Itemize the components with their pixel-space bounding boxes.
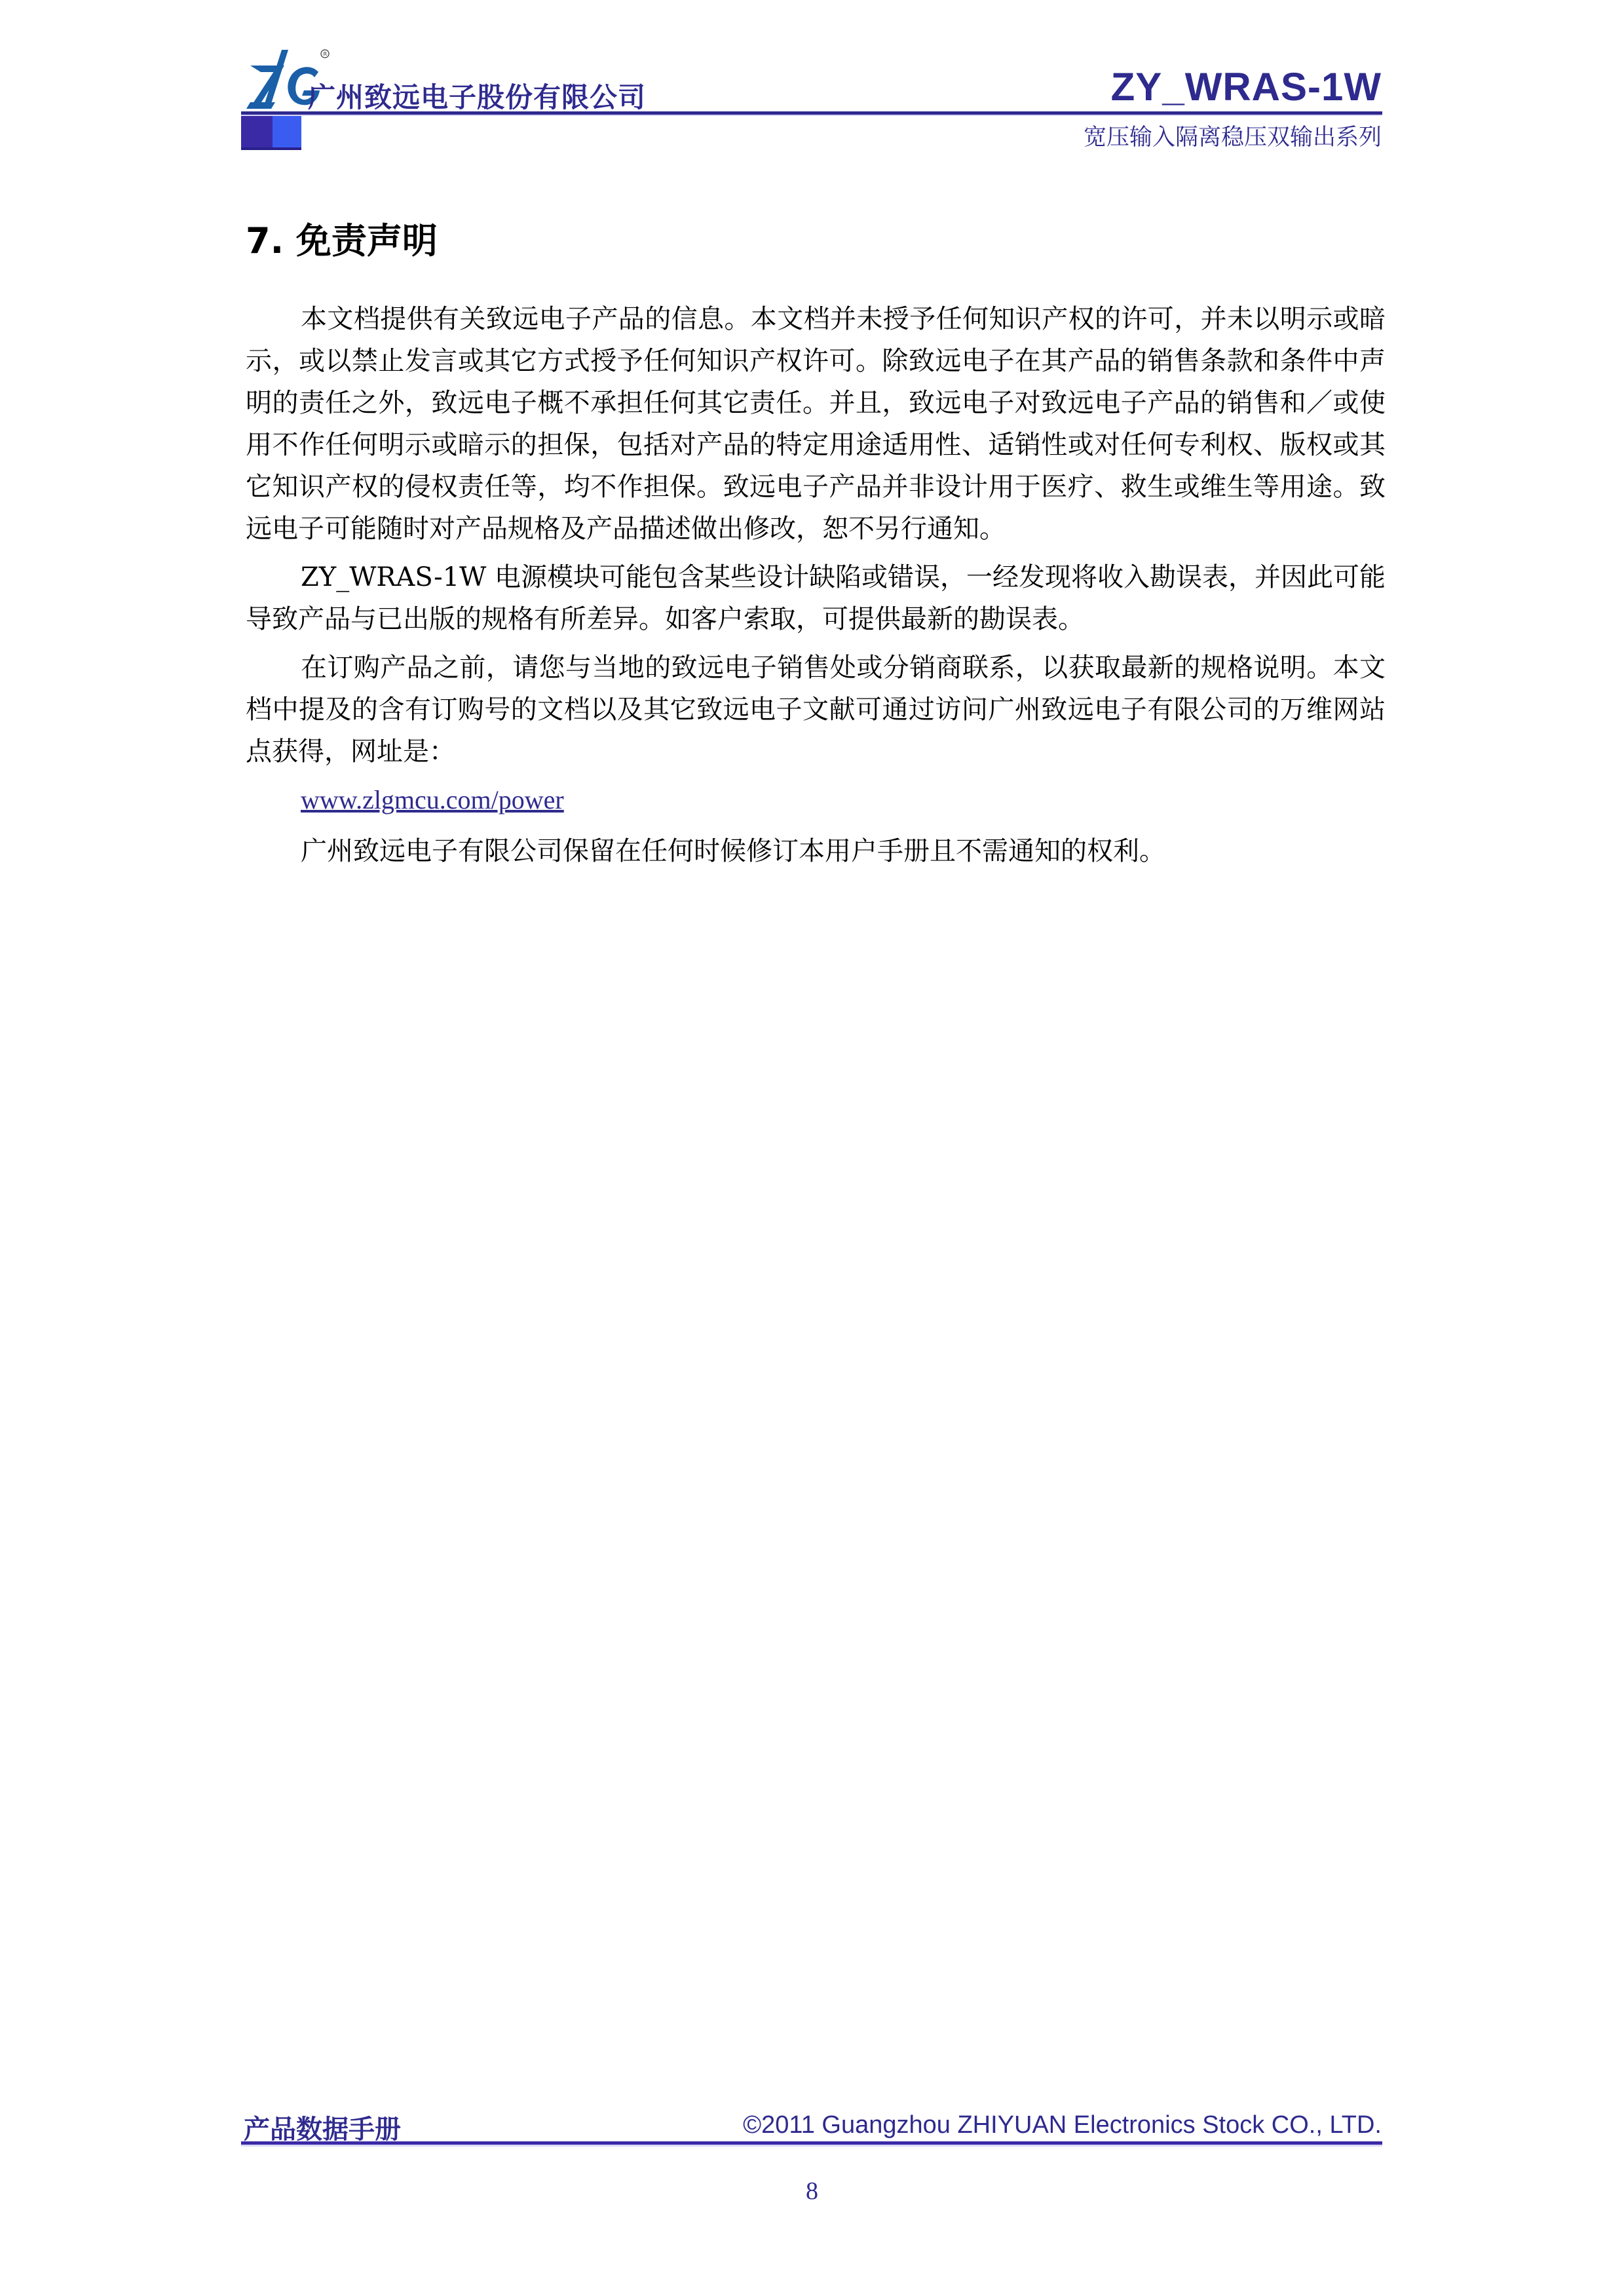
website-link[interactable]: www.zlgmcu.com/power bbox=[301, 785, 564, 814]
paragraph-closing: 广州致远电子有限公司保留在任何时候修订本用户手册且不需通知的权利。 bbox=[246, 830, 1386, 872]
website-link-line: www.zlgmcu.com/power bbox=[246, 779, 1386, 821]
logo-color-block bbox=[241, 115, 301, 150]
series-name: 宽压输入隔离稳压双输出系列 bbox=[1084, 119, 1382, 152]
logo-block-base bbox=[241, 147, 301, 150]
page-number: 8 bbox=[0, 2177, 1624, 2206]
paragraph-errata: ZY_WRAS-1W 电源模块可能包含某些设计缺陷或错误，一经发现将收入勘误表，… bbox=[246, 556, 1386, 640]
footer-copyright: ©2011 Guangzhou ZHIYUAN Electronics Stoc… bbox=[743, 2111, 1382, 2139]
footer-doc-type: 产品数据手册 bbox=[244, 2109, 401, 2146]
company-name: 广州致远电子股份有限公司 bbox=[308, 76, 646, 115]
logo-block-light bbox=[273, 115, 301, 150]
logo-block-dark bbox=[241, 115, 273, 150]
paragraph-disclaimer: 本文档提供有关致远电子产品的信息。本文档并未授予任何知识产权的许可，并未以明示或… bbox=[246, 298, 1386, 550]
footer-divider bbox=[241, 2141, 1382, 2145]
product-code: ZY_WRAS-1W bbox=[1111, 64, 1382, 109]
header-divider bbox=[241, 111, 1382, 115]
section-title: 7. 免责声明 bbox=[246, 213, 438, 263]
disclaimer-body: 本文档提供有关致远电子产品的信息。本文档并未授予任何知识产权的许可，并未以明示或… bbox=[246, 298, 1386, 879]
paragraph-ordering: 在订购产品之前，请您与当地的致远电子销售处或分销商联系，以获取最新的规格说明。本… bbox=[246, 647, 1386, 773]
svg-text:R: R bbox=[324, 51, 328, 57]
